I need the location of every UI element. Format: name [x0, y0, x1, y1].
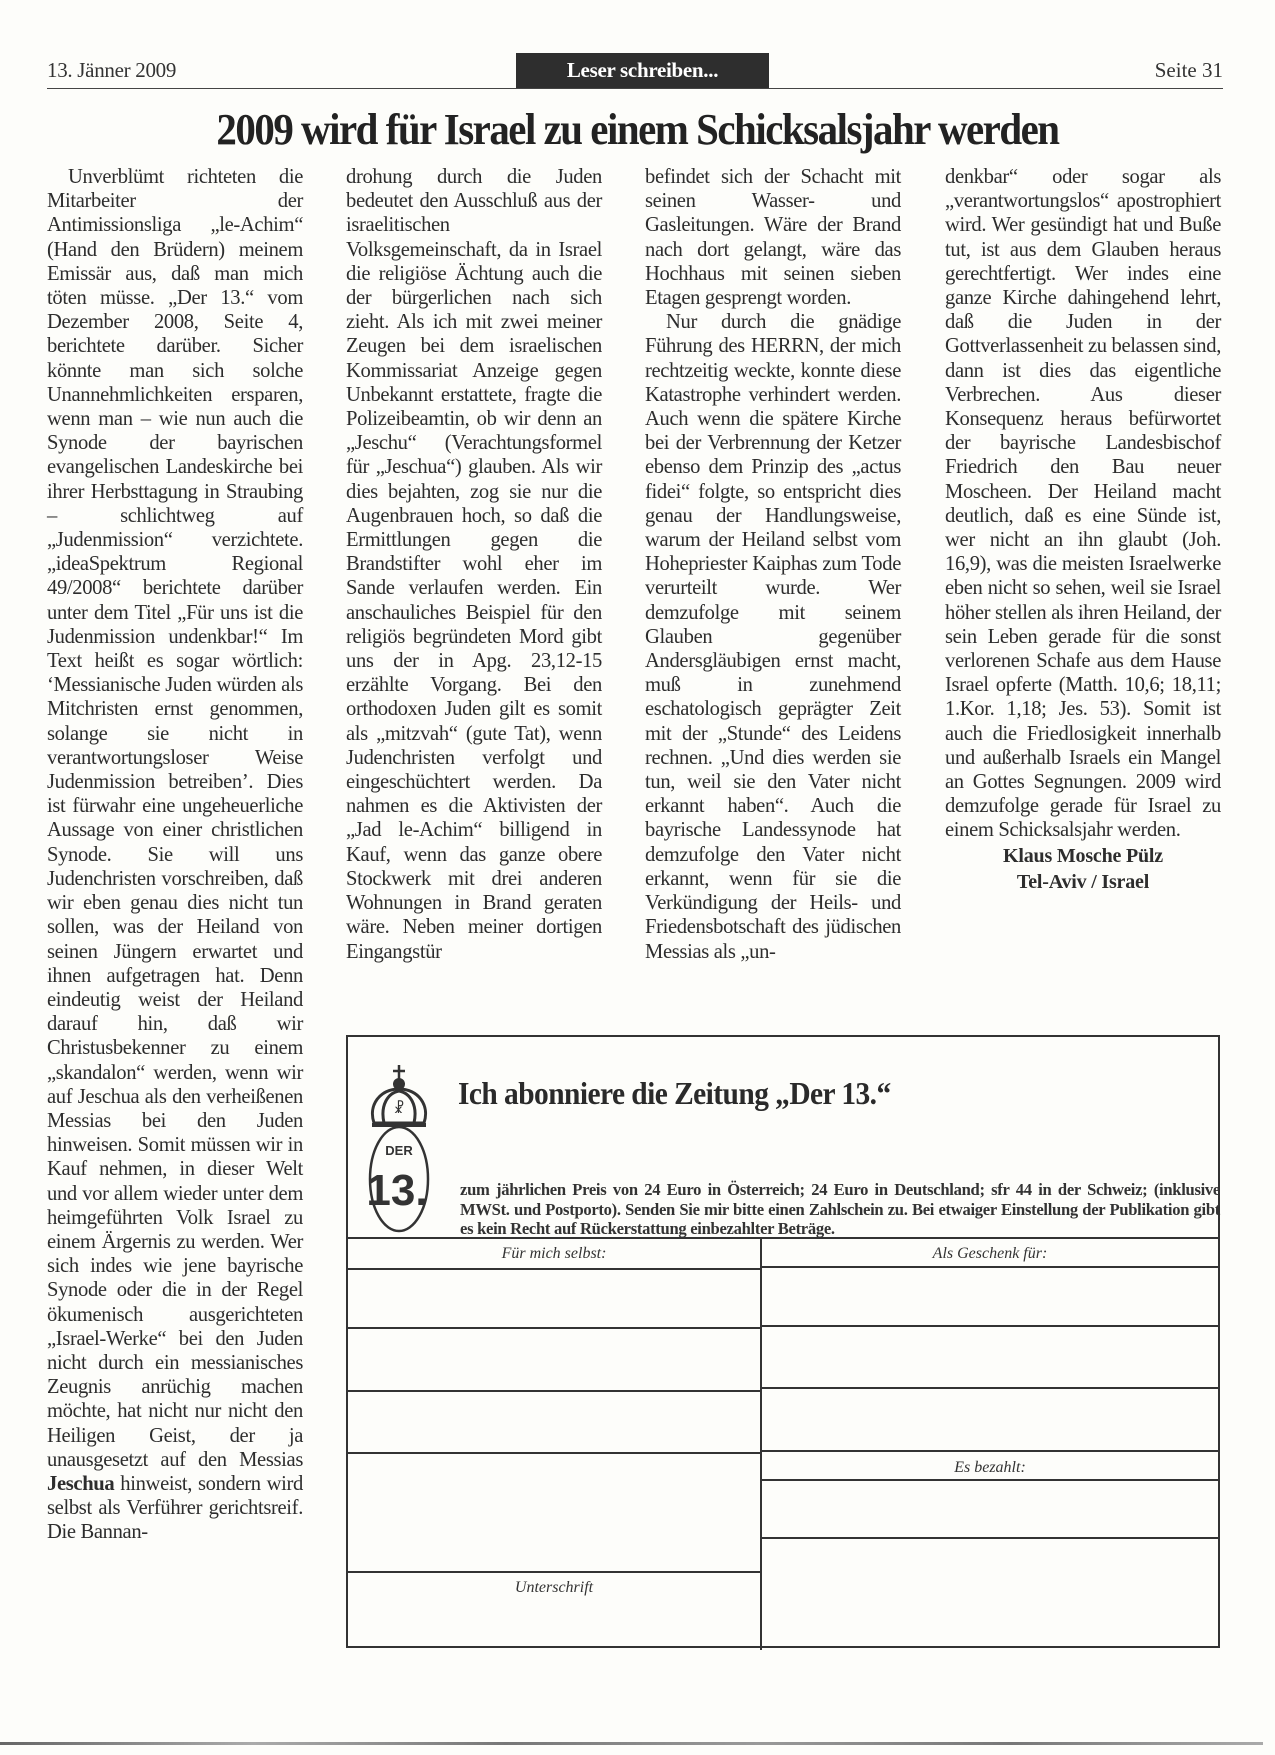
scan-edge [0, 1742, 1263, 1745]
gift-field-3[interactable] [762, 1389, 1218, 1449]
subscription-title: Ich abonniere die Zeitung „Der 13.“ [458, 1075, 891, 1112]
svg-text:DER: DER [385, 1143, 413, 1158]
signature-label: Unterschrift [348, 1579, 760, 1597]
svg-text:☧: ☧ [394, 1100, 405, 1117]
article-column-3: befindet sich der Schacht mit seinen Was… [645, 165, 901, 964]
self-field-1[interactable] [348, 1270, 760, 1327]
subscription-terms: zum jährlichen Preis von 24 Euro in Öste… [460, 1180, 1220, 1239]
section-label: Leser schreiben... [516, 53, 769, 88]
article-column-4: denkbar“ oder sogar als „verantwortungsl… [945, 165, 1221, 895]
paid-by-label: Es bezahlt: [762, 1459, 1218, 1477]
form-header-gift: Als Geschenk für: [762, 1245, 1218, 1263]
gift-field-1[interactable] [762, 1268, 1218, 1325]
issue-date: 13. Jänner 2009 [47, 58, 176, 83]
subscription-form: Für mich selbst: Als Geschenk für: Unter… [348, 1237, 1218, 1650]
form-divider [762, 1450, 1218, 1452]
article-paragraph: Nur durch die gnädige Führung des HERRN,… [645, 310, 901, 963]
payer-field-1[interactable] [762, 1481, 1218, 1537]
article-headline: 2009 wird für Israel zu einem Schicksals… [45, 104, 1231, 155]
gift-field-2[interactable] [762, 1327, 1218, 1387]
payer-field-2[interactable] [762, 1539, 1218, 1599]
article-paragraph: drohung durch die Juden bedeutet den Aus… [346, 165, 602, 964]
article-column-2: drohung durch die Juden bedeutet den Aus… [346, 165, 602, 964]
self-field-3[interactable] [348, 1392, 760, 1452]
self-field-4[interactable] [348, 1454, 760, 1571]
form-header-self: Für mich selbst: [348, 1245, 760, 1263]
author-name: Klaus Mosche Pülz [945, 844, 1221, 869]
self-field-2[interactable] [348, 1329, 760, 1389]
svg-text:13.: 13. [366, 1166, 427, 1215]
article-column-1: Unverblümt richteten die Mitarbeiter der… [47, 165, 303, 1545]
bold-name: Jeschua [47, 1473, 114, 1495]
header-divider [47, 88, 1223, 89]
crown-chi-rho-icon: ☧ DER 13. [366, 1065, 436, 1233]
subscription-box: ☧ DER 13. Ich abonniere die Zeitung „Der… [346, 1035, 1220, 1648]
article-paragraph: denkbar“ oder sogar als „verantwortungsl… [945, 165, 1221, 843]
article-paragraph: Unverblümt richteten die Mitarbeiter der… [47, 165, 303, 1545]
page-number: Seite 31 [1155, 58, 1223, 83]
article-paragraph: befindet sich der Schacht mit seinen Was… [645, 165, 901, 310]
author-location: Tel-Aviv / Israel [945, 870, 1221, 895]
